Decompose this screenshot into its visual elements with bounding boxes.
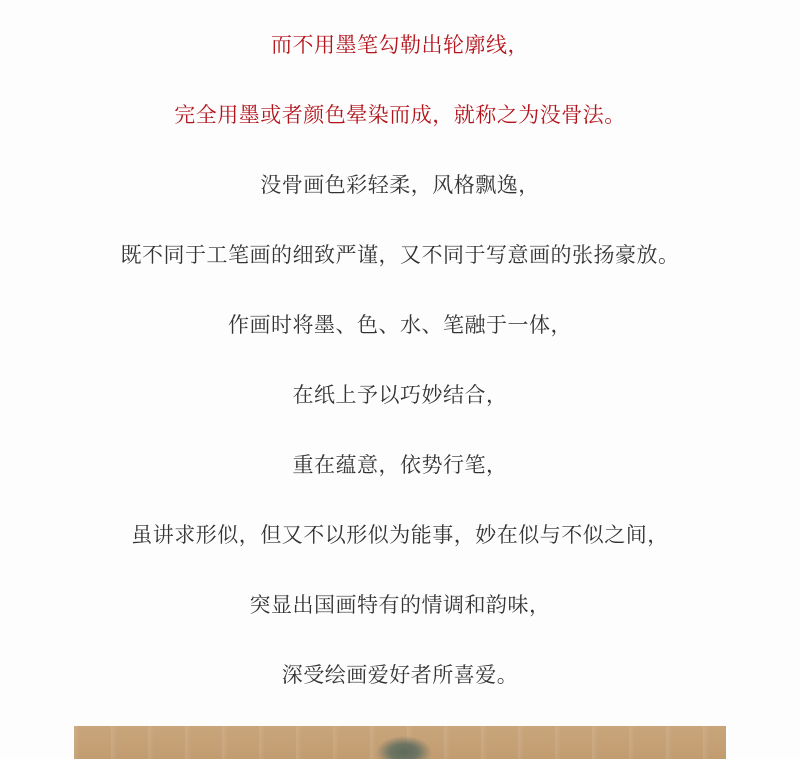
highlight-line-2: 完全用墨或者颜色晕染而成，就称之为没骨法。 [0, 101, 800, 129]
body-line-6: 虽讲求形似，但又不以形似为能事，妙在似与不似之间， [0, 521, 800, 549]
body-line-4: 在纸上予以巧妙结合， [0, 381, 800, 409]
body-line-5: 重在蕴意，依势行笔， [0, 451, 800, 479]
highlight-line-1: 而不用墨笔勾勒出轮廓线， [0, 31, 800, 59]
painting-image [74, 726, 726, 759]
body-line-1: 没骨画色彩轻柔，风格飘逸， [0, 171, 800, 199]
body-line-7: 突显出国画特有的情调和韵味， [0, 591, 800, 619]
body-line-3: 作画时将墨、色、水、笔融于一体， [0, 311, 800, 339]
body-line-2: 既不同于工笔画的细致严谨，又不同于写意画的张扬豪放。 [0, 241, 800, 269]
body-line-8: 深受绘画爱好者所喜爱。 [0, 661, 800, 689]
